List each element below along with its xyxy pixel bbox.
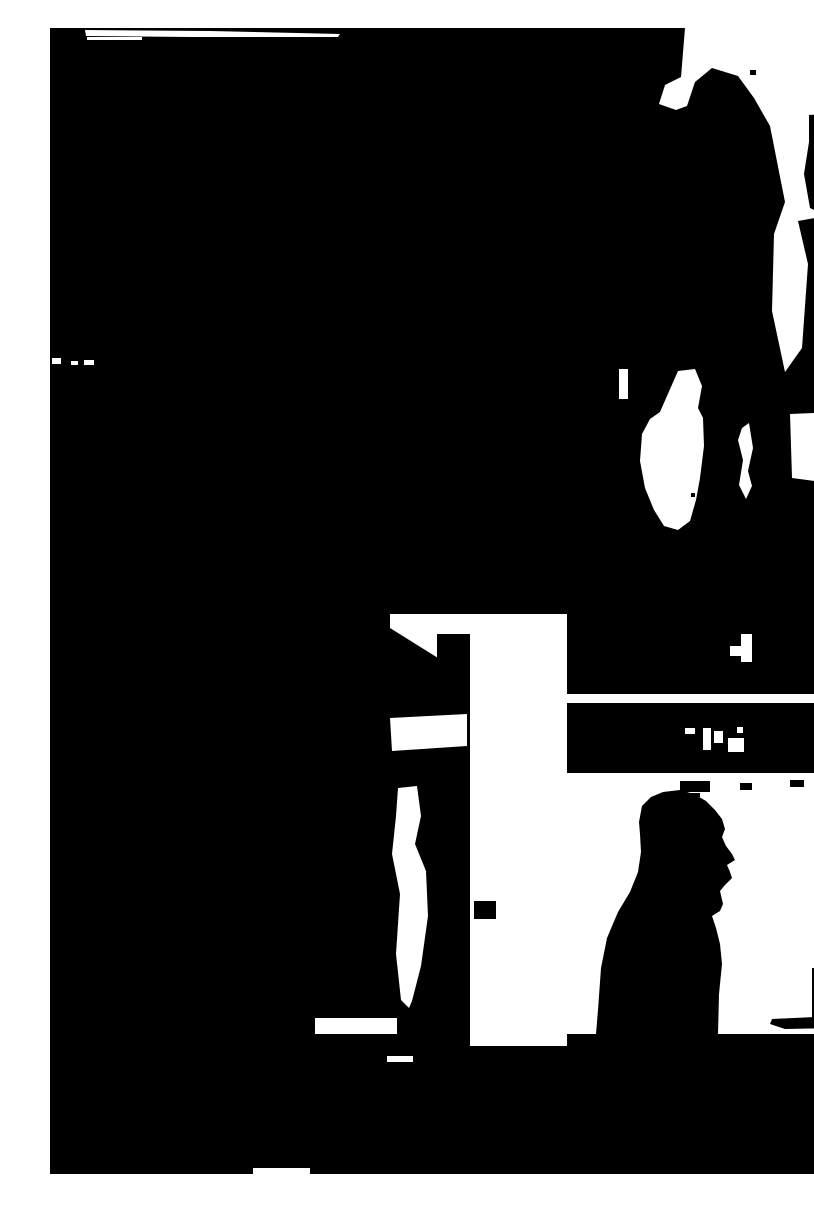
wall-pocket-highlight	[790, 412, 814, 484]
binarized-photograph	[40, 16, 814, 1191]
sign-shadow-3	[790, 780, 804, 787]
ceiling-streak-2	[87, 37, 142, 40]
sign-shadow-1	[680, 781, 710, 792]
left-wall-dash-3	[84, 360, 94, 365]
left-wall-dash-1	[52, 358, 61, 364]
sign-glyph-1	[685, 728, 695, 734]
sign-glyph-4	[728, 738, 744, 752]
hanging-sign	[573, 703, 814, 773]
sign-glyph-2	[703, 728, 711, 750]
sign-top-gap	[567, 694, 814, 703]
face-glow-speck	[691, 493, 695, 497]
left-wall-dash-2	[71, 361, 78, 365]
sign-glyph-3	[714, 731, 723, 743]
sign-shadow-2	[740, 783, 752, 790]
wall-spot	[474, 901, 496, 919]
sign-glyph-5	[737, 727, 743, 733]
wall-dash-highlight	[730, 646, 752, 656]
hair-strand-speck	[750, 70, 756, 75]
table-dash-highlight	[387, 1056, 413, 1062]
glow-streak	[619, 369, 628, 399]
left-highlight-band	[390, 714, 467, 751]
photo-svg	[40, 16, 814, 1191]
left-floor-patch	[315, 1018, 397, 1034]
